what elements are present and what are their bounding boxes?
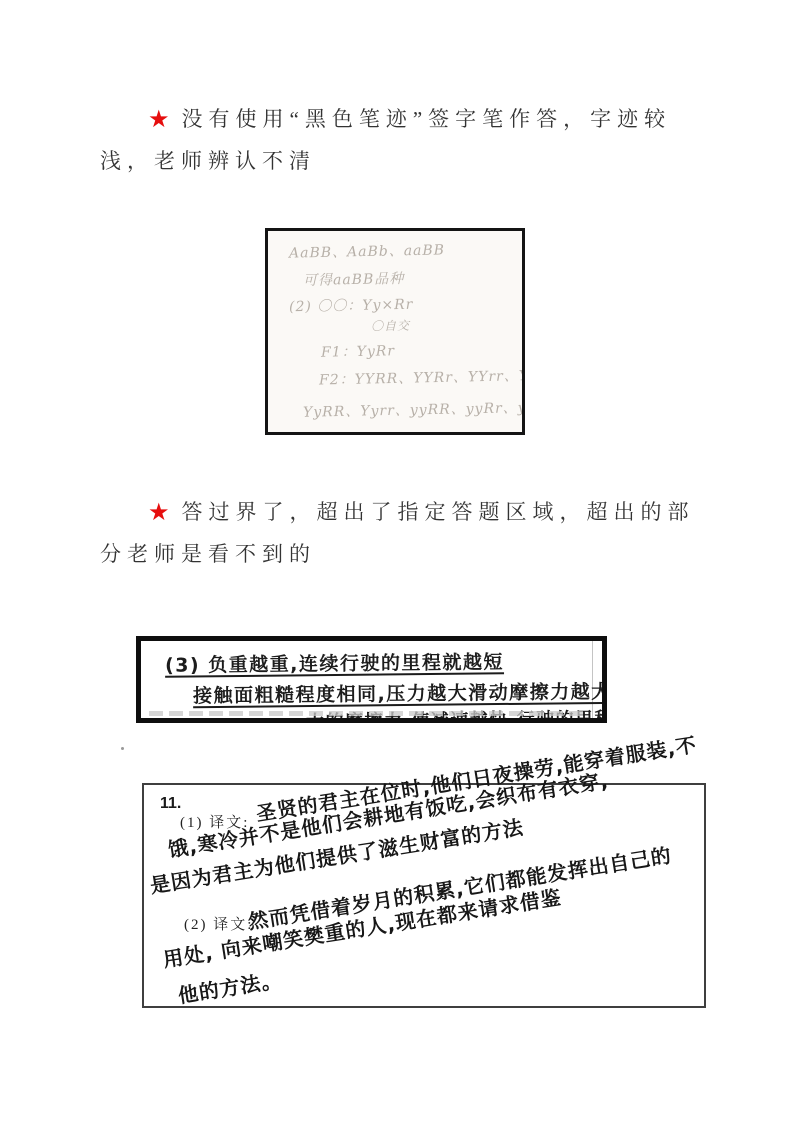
bullet-line: ★ 答过界了，超出了指定答题区域，超出的部 bbox=[148, 497, 695, 527]
question-number: 11. bbox=[160, 795, 181, 813]
exhibit-overflow-physics: (3) 负重越重,连续行驶的里程就越短 接触面粗糙程度相同,压力越大滑动摩擦力越… bbox=[136, 636, 607, 723]
faint-hw-line: YyRR、Yyrr、yyRR、yyRr、yyrr。 bbox=[303, 396, 525, 422]
faint-hw-line: F1：YyRr bbox=[321, 340, 395, 362]
faint-hw-line: 〇自交 bbox=[371, 317, 410, 335]
physics-hw-line: (3) 负重越重,连续行驶的里程就越短 bbox=[165, 647, 504, 678]
document-page: ★ 没有使用“黑色笔迹”签字笔作答，字迹较 浅，老师辨认不清 AaBB、AaBb… bbox=[0, 0, 793, 1122]
bullet-text: 分老师是看不到的 bbox=[100, 539, 316, 569]
star-bullet-icon: ★ bbox=[148, 107, 170, 131]
faint-hw-line: 可得aaBB品种 bbox=[303, 268, 405, 290]
faint-hw-line: (2) 〇〇：Yy×Rr bbox=[289, 294, 414, 317]
bullet-line: ★ 没有使用“黑色笔迹”签字笔作答，字迹较 bbox=[148, 104, 671, 134]
faint-hw-line: F2：YYRR、YYRr、YYrr、YyRr bbox=[319, 365, 525, 390]
exhibit-faint-answer: AaBB、AaBb、aaBB 可得aaBB品种 (2) 〇〇：Yy×Rr 〇自交… bbox=[265, 228, 525, 435]
physics-hw-line: 接触面粗糙程度相同,压力越大滑动摩擦力越大, bbox=[193, 677, 607, 708]
bullet-text: 浅，老师辨认不清 bbox=[100, 146, 316, 176]
bullet-text: 没有使用“黑色笔迹”签字笔作答，字迹较 bbox=[182, 104, 672, 134]
bullet-text: 答过界了，超出了指定答题区域，超出的部 bbox=[182, 497, 695, 527]
star-bullet-icon: ★ bbox=[148, 500, 170, 524]
faded-clipped-row bbox=[149, 711, 589, 716]
scan-artifact-dot bbox=[121, 747, 124, 750]
faint-hw-line: AaBB、AaBb、aaBB bbox=[289, 239, 445, 262]
